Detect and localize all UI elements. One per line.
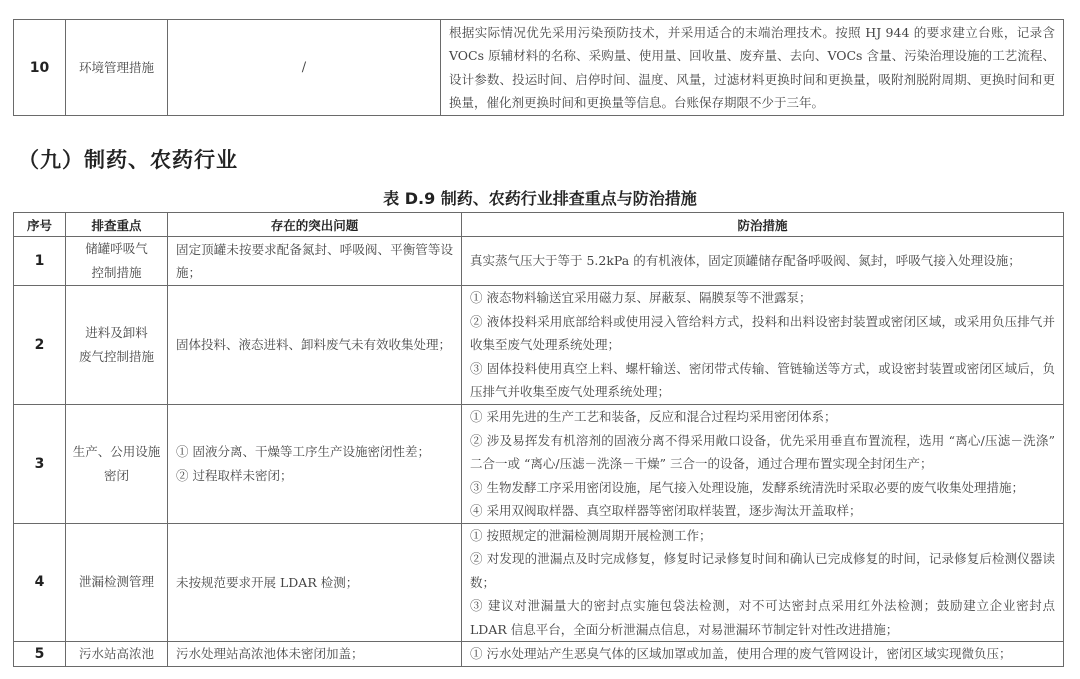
row-measures: 真实蒸气压大于等于 5.2kPa 的有机液体，固定顶罐储存配备呼吸阀、氮封，呼吸…	[462, 237, 1064, 286]
table-row: 5 污水站高浓池 污水处理站高浓池体未密闭加盖； ① 污水处理站产生恶臭气体的区…	[14, 642, 1064, 667]
previous-table-continuation: 10 环境管理措施 / 根据实际情况优先采用污染预防技术，并采用适合的末端治理技…	[13, 19, 1064, 116]
row-number: 1	[14, 237, 66, 286]
measure-item: ③ 建议对泄漏量大的密封点实施包袋法检测，对不可达密封点采用红外法检测；鼓励建立…	[470, 594, 1055, 641]
row-number: 2	[14, 286, 66, 405]
row-number: 10	[14, 20, 66, 116]
row-measures: ① 采用先进的生产工艺和装备，反应和混合过程均采用密闭体系； ② 涉及易挥发有机…	[462, 405, 1064, 524]
problem-item: 固定顶罐未按要求配备氮封、呼吸阀、平衡管等设施；	[176, 238, 453, 285]
row-problem: /	[168, 20, 441, 116]
row-focus: 进料及卸料 废气控制措施	[66, 286, 168, 405]
row-measures: ① 液态物料输送宜采用磁力泵、屏蔽泵、隔膜泵等不泄露泵； ② 液体投料采用底部给…	[462, 286, 1064, 405]
row-focus: 环境管理措施	[66, 20, 168, 116]
focus-line: 生产、公用设施	[66, 440, 167, 464]
header-number: 序号	[14, 213, 66, 237]
focus-line: 废气控制措施	[66, 345, 167, 369]
focus-line: 密闭	[66, 464, 167, 488]
measure-item: ③ 生物发酵工序采用密闭设施，尾气接入处理设施，发酵系统清洗时采取必要的废气收集…	[470, 476, 1055, 500]
row-number: 3	[14, 405, 66, 524]
measure-item: 真实蒸气压大于等于 5.2kPa 的有机液体，固定顶罐储存配备呼吸阀、氮封，呼吸…	[470, 249, 1055, 273]
table-row: 1 储罐呼吸气 控制措施 固定顶罐未按要求配备氮封、呼吸阀、平衡管等设施； 真实…	[14, 237, 1064, 286]
focus-line: 进料及卸料	[66, 321, 167, 345]
table-row: 10 环境管理措施 / 根据实际情况优先采用污染预防技术，并采用适合的末端治理技…	[14, 20, 1064, 116]
header-problems: 存在的突出问题	[168, 213, 462, 237]
row-focus: 储罐呼吸气 控制措施	[66, 237, 168, 286]
row-measures: ① 按照规定的泄漏检测周期开展检测工作； ② 对发现的泄漏点及时完成修复，修复时…	[462, 523, 1064, 642]
row-problems: ① 固液分离、干燥等工序生产设施密闭性差； ② 过程取样未密闭；	[168, 405, 462, 524]
measure-item: ② 对发现的泄漏点及时完成修复，修复时记录修复时间和确认已完成修复的时间，记录修…	[470, 547, 1055, 594]
focus-line: 控制措施	[66, 261, 167, 285]
measure-item: ③ 固体投料使用真空上料、螺杆输送、密闭带式传输、管链输送等方式，或设密封装置或…	[470, 357, 1055, 404]
section-title: （九）制药、农药行业	[18, 144, 238, 174]
table-row: 2 进料及卸料 废气控制措施 固体投料、液态进料、卸料废气未有效收集处理； ① …	[14, 286, 1064, 405]
row-measure: 根据实际情况优先采用污染预防技术，并采用适合的末端治理技术。按照 HJ 944 …	[441, 20, 1064, 116]
focus-line: 泄漏检测管理	[66, 570, 167, 594]
row-focus: 泄漏检测管理	[66, 523, 168, 642]
row-problems: 污水处理站高浓池体未密闭加盖；	[168, 642, 462, 667]
table-caption: 表 D.9 制药、农药行业排查重点与防治措施	[0, 186, 1080, 209]
inspection-table: 序号 排查重点 存在的突出问题 防治措施 1 储罐呼吸气 控制措施 固定顶罐未按…	[13, 212, 1064, 667]
row-number: 4	[14, 523, 66, 642]
focus-line: 污水站高浓池	[66, 642, 167, 666]
row-problems: 固体投料、液态进料、卸料废气未有效收集处理；	[168, 286, 462, 405]
problem-item: 未按规范要求开展 LDAR 检测；	[176, 571, 453, 595]
table-row: 4 泄漏检测管理 未按规范要求开展 LDAR 检测； ① 按照规定的泄漏检测周期…	[14, 523, 1064, 642]
measure-item: ① 采用先进的生产工艺和装备，反应和混合过程均采用密闭体系；	[470, 405, 1055, 429]
row-focus: 污水站高浓池	[66, 642, 168, 667]
problem-item: ② 过程取样未密闭；	[176, 464, 453, 488]
row-problems: 固定顶罐未按要求配备氮封、呼吸阀、平衡管等设施；	[168, 237, 462, 286]
problem-item: ① 固液分离、干燥等工序生产设施密闭性差；	[176, 440, 453, 464]
measure-item: ① 按照规定的泄漏检测周期开展检测工作；	[470, 524, 1055, 548]
measure-item: ② 涉及易挥发有机溶剂的固液分离不得采用敞口设备，优先采用垂直布置流程，选用 “…	[470, 429, 1055, 476]
problem-item: 污水处理站高浓池体未密闭加盖；	[176, 642, 453, 666]
row-problems: 未按规范要求开展 LDAR 检测；	[168, 523, 462, 642]
measure-item: ① 液态物料输送宜采用磁力泵、屏蔽泵、隔膜泵等不泄露泵；	[470, 286, 1055, 310]
row-focus: 生产、公用设施 密闭	[66, 405, 168, 524]
table-header-row: 序号 排查重点 存在的突出问题 防治措施	[14, 213, 1064, 237]
measure-item: ④ 采用双阀取样器、真空取样器等密闭取样装置，逐步淘汰开盖取样；	[470, 499, 1055, 523]
table-row: 3 生产、公用设施 密闭 ① 固液分离、干燥等工序生产设施密闭性差； ② 过程取…	[14, 405, 1064, 524]
problem-item: 固体投料、液态进料、卸料废气未有效收集处理；	[176, 333, 453, 357]
row-measures: ① 污水处理站产生恶臭气体的区域加罩或加盖，使用合理的废气管网设计，密闭区域实现…	[462, 642, 1064, 667]
header-measures: 防治措施	[462, 213, 1064, 237]
header-focus: 排查重点	[66, 213, 168, 237]
row-number: 5	[14, 642, 66, 667]
measure-item: ② 液体投料采用底部给料或使用浸入管给料方式，投料和出料设密封装置或密闭区域，或…	[470, 310, 1055, 357]
measure-item: ① 污水处理站产生恶臭气体的区域加罩或加盖，使用合理的废气管网设计，密闭区域实现…	[470, 642, 1055, 666]
focus-line: 储罐呼吸气	[66, 237, 167, 261]
